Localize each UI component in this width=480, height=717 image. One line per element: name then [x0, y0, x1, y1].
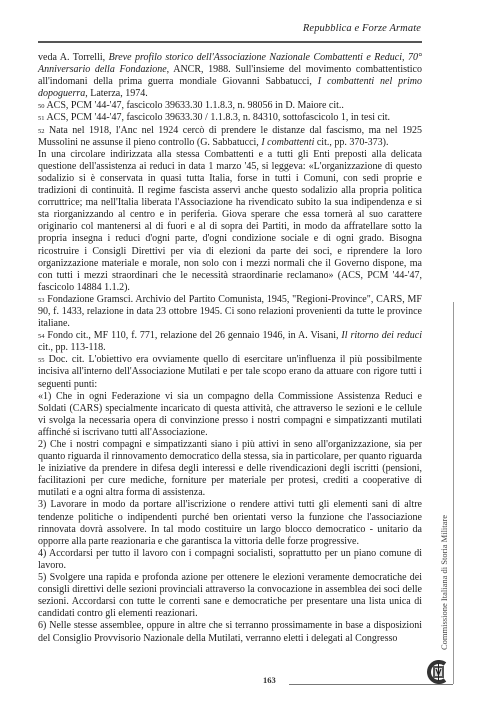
italic-title: I combattenti [261, 137, 314, 148]
footnote-number: 50 [38, 103, 45, 110]
footer-rule [289, 684, 453, 685]
text-run: Doc. cit. L'obiettivo era ovviamente que… [38, 354, 422, 389]
footnote-paragraph: 52 Nata nel 1918, l'Anc nel 1924 cercò d… [38, 125, 422, 149]
text-run: veda A. Torrelli, [38, 52, 109, 63]
footnote-paragraph: 6) Nelle stesse assemblee, oppure in alt… [38, 620, 422, 644]
cism-logo-icon [425, 660, 451, 684]
footnotes-body: veda A. Torrelli, Breve profilo storico … [38, 52, 422, 645]
footnote-number: 52 [38, 128, 45, 135]
footnote-paragraph: 5) Svolgere una rapida e profonda azione… [38, 572, 422, 620]
page-number: 163 [263, 675, 276, 685]
header-rule [38, 41, 422, 43]
text-run: ACS, PCM '44-'47, fascicolo 39633.30 1.1… [45, 100, 344, 111]
footnote-paragraph: 55 Doc. cit. L'obiettivo era ovviamente … [38, 354, 422, 390]
footnote-paragraph: 54 Fondo cit., MF 110, f. 771, relazione… [38, 330, 422, 354]
footnote-number: 55 [38, 357, 45, 364]
text-run: Fondazione Gramsci. Archivio del Partito… [38, 294, 422, 329]
text-run: ACS, PCM '44-'47, fascicolo 39633.30 / 1… [45, 112, 391, 123]
footnote-paragraph: 3) Lavorare in modo da portare all'iscri… [38, 499, 422, 547]
text-run: 5) Svolgere una rapida e profonda azione… [38, 572, 422, 619]
text-run: cit., pp. 113-118. [38, 342, 106, 353]
footnote-number: 54 [38, 333, 45, 340]
footnote-number: 53 [38, 297, 45, 304]
text-run: In una circolare indirizzata alla stessa… [38, 149, 422, 293]
running-head: Repubblica e Forze Armate [303, 23, 421, 34]
italic-title: Il ritorno dei reduci [341, 330, 422, 341]
side-caption: Commissione Italiana di Storia Militare [439, 515, 449, 650]
footnote-paragraph: veda A. Torrelli, Breve profilo storico … [38, 52, 422, 100]
footnote-number: 51 [38, 115, 45, 122]
footnote-paragraph: 4) Accordarsi per tutto il lavoro con i … [38, 548, 422, 572]
footnote-paragraph: 50 ACS, PCM '44-'47, fascicolo 39633.30 … [38, 100, 422, 112]
footnote-paragraph: 51 ACS, PCM '44-'47, fascicolo 39633.30 … [38, 112, 422, 124]
footnote-paragraph: «1) Che in ogni Federazione vi sia un co… [38, 391, 422, 439]
text-run: cit., pp. 370-373). [314, 137, 388, 148]
footnote-paragraph: 2) Che i nostri compagni e simpatizzanti… [38, 439, 422, 499]
text-run: 4) Accordarsi per tutto il lavoro con i … [38, 548, 422, 571]
text-run: 3) Lavorare in modo da portare all'iscri… [38, 499, 422, 546]
text-run: «1) Che in ogni Federazione vi sia un co… [38, 391, 422, 438]
text-run: Fondo cit., MF 110, f. 771, relazione de… [45, 330, 342, 341]
text-run: 6) Nelle stesse assemblee, oppure in alt… [38, 620, 422, 643]
footnote-paragraph: In una circolare indirizzata alla stessa… [38, 149, 422, 294]
footnote-paragraph: 53 Fondazione Gramsci. Archivio del Part… [38, 294, 422, 330]
text-run: , Laterza, 1974. [85, 88, 147, 99]
side-rule [453, 302, 454, 684]
text-run: 2) Che i nostri compagni e simpatizzanti… [38, 439, 422, 498]
